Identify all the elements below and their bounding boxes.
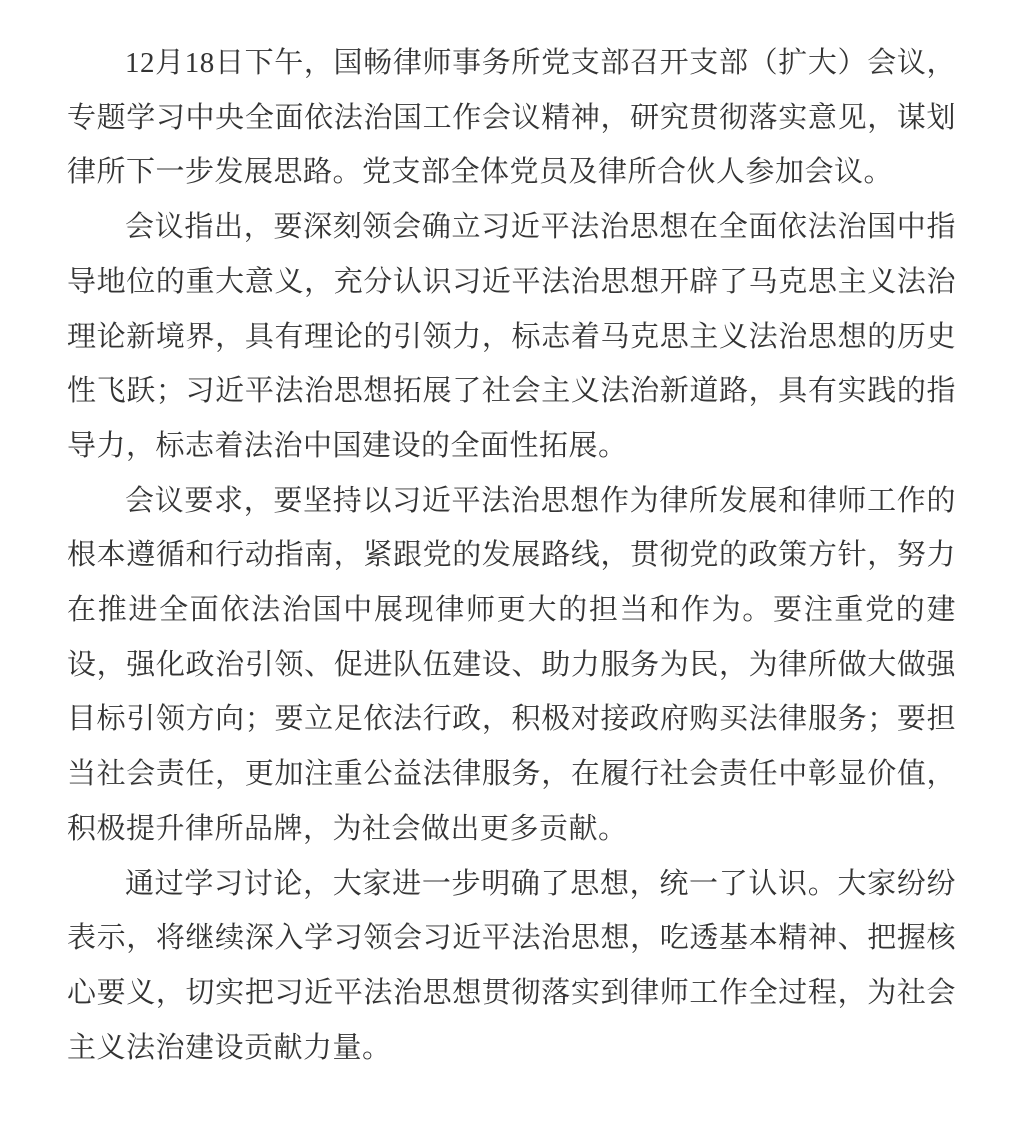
paragraph-meeting-intro: 12月18日下午，国畅律师事务所党支部召开支部（扩大）会议，专题学习中央全面依法… [67, 36, 956, 200]
document-page: 12月18日下午，国畅律师事务所党支部召开支部（扩大）会议，专题学习中央全面依法… [0, 0, 1012, 1143]
paragraph-meeting-requirements: 会议要求，要坚持以习近平法治思想作为律所发展和律师工作的根本遵循和行动指南，紧跟… [67, 474, 956, 857]
paragraph-meeting-pointed-out: 会议指出，要深刻领会确立习近平法治思想在全面依法治国中指导地位的重大意义，充分认… [67, 200, 956, 474]
paragraph-meeting-conclusion: 通过学习讨论，大家进一步明确了思想，统一了认识。大家纷纷表示，将继续深入学习领会… [67, 857, 956, 1076]
